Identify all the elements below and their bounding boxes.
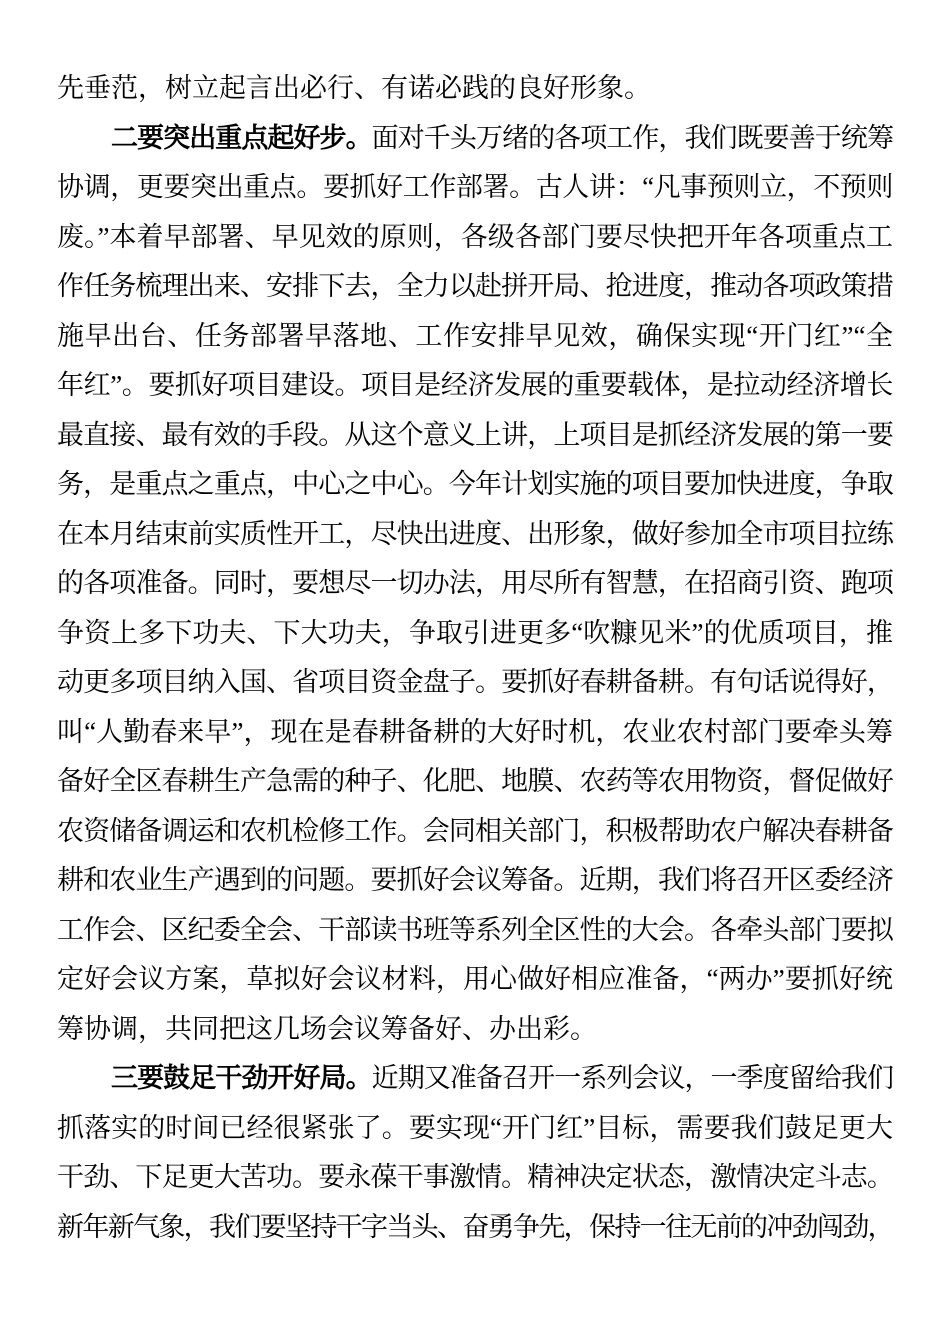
text-line: 叫“人勤春来早”，现在是春耕备耕的大好时机，农业农村部门要牵头筹 xyxy=(57,708,893,758)
paragraph-lead: 三要鼓足干劲开好局。 xyxy=(111,1063,372,1093)
text-line: 的各项准备。同时，要想尽一切办法，用尽所有智慧，在招商引资、跑项 xyxy=(57,559,893,609)
text-line: 工作会、区纪委全会、干部读书班等系列全区性的大会。各牵头部门要拟 xyxy=(57,906,893,956)
text-line: 干劲、下足更大苦功。要永葆干事激情。精神决定状态，激情决定斗志。 xyxy=(57,1153,893,1203)
text-line: 最直接、最有效的手段。从这个意义上讲，上项目是抓经济发展的第一要 xyxy=(57,411,893,461)
text-line: 筹协调，共同把这几场会议筹备好、办出彩。 xyxy=(57,1005,893,1055)
paragraph-lead: 二要突出重点起好步。 xyxy=(111,123,372,153)
text-line: 农资储备调运和农机检修工作。会同相关部门，积极帮助农户解决春耕备 xyxy=(57,807,893,857)
document-body: 先垂范，树立起言出必行、有诺必践的良好形象。二要突出重点起好步。面对千头万绪的各… xyxy=(57,64,893,1252)
text-line: 务，是重点之重点，中心之中心。今年计划实施的项目要加快进度，争取 xyxy=(57,460,893,510)
text-line: 争资上多下功夫、下大功夫，争取引进更多“吹糠见米”的优质项目，推 xyxy=(57,609,893,659)
text-line: 作任务梳理出来、安排下去，全力以赴拼开局、抢进度，推动各项政策措 xyxy=(57,262,893,312)
text-line: 协调，更要突出重点。要抓好工作部署。古人讲：“凡事预则立，不预则 xyxy=(57,163,893,213)
text-line: 抓落实的时间已经很紧张了。要实现“开门红”目标，需要我们鼓足更大 xyxy=(57,1104,893,1154)
text-line: 年红”。要抓好项目建设。项目是经济发展的重要载体，是拉动经济增长 xyxy=(57,361,893,411)
text-line: 先垂范，树立起言出必行、有诺必践的良好形象。 xyxy=(57,64,893,114)
text-line: 废。”本着早部署、早见效的原则，各级各部门要尽快把开年各项重点工 xyxy=(57,213,893,263)
text-line: 二要突出重点起好步。面对千头万绪的各项工作，我们既要善于统筹 xyxy=(57,114,893,164)
document-page: 先垂范，树立起言出必行、有诺必践的良好形象。二要突出重点起好步。面对千头万绪的各… xyxy=(0,0,950,1344)
text-line: 备好全区春耕生产急需的种子、化肥、地膜、农药等农用物资，督促做好 xyxy=(57,757,893,807)
text-line: 定好会议方案，草拟好会议材料，用心做好相应准备，“两办”要抓好统 xyxy=(57,955,893,1005)
text-line: 三要鼓足干劲开好局。近期又准备召开一系列会议，一季度留给我们 xyxy=(57,1054,893,1104)
text-line: 施早出台、任务部署早落地、工作安排早见效，确保实现“开门红”“全 xyxy=(57,312,893,362)
text-line: 在本月结束前实质性开工，尽快出进度、出形象，做好参加全市项目拉练 xyxy=(57,510,893,560)
text-line: 动更多项目纳入国、省项目资金盘子。要抓好春耕备耕。有句话说得好， xyxy=(57,658,893,708)
text-line: 新年新气象，我们要坚持干字当头、奋勇争先，保持一往无前的冲劲闯劲， xyxy=(57,1203,893,1253)
text-line: 耕和农业生产遇到的问题。要抓好会议筹备。近期，我们将召开区委经济 xyxy=(57,856,893,906)
